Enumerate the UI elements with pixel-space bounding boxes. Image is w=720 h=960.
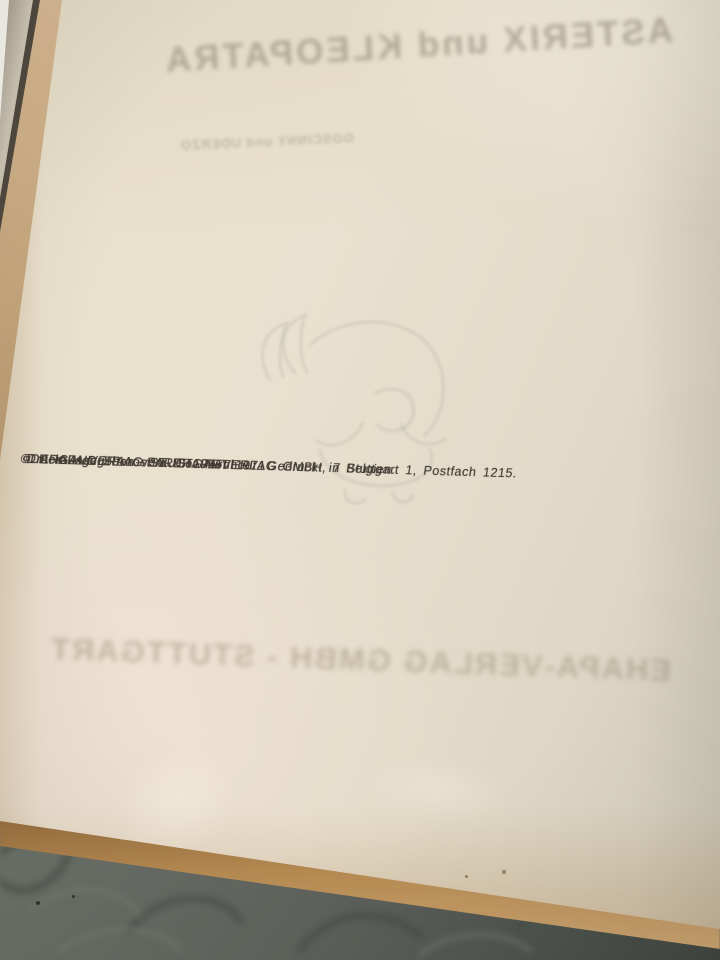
scuff-mark: [362, 751, 508, 825]
showthrough-title-text: ASTERIX und KLEOPATRA: [123, 9, 712, 84]
table-speck: [36, 901, 40, 905]
showthrough-drawing: [225, 285, 485, 520]
paper-speck: [465, 875, 468, 878]
book-page: ASTERIX und KLEOPATRA GOSCINNY und UDERZ…: [0, 0, 720, 960]
table-speck: [72, 895, 75, 898]
book-photo: ASTERIX und KLEOPATRA GOSCINNY und UDERZ…: [0, 0, 720, 960]
showthrough-publisher-text: EHAPA-VERLAG GMBH - STUTTGART: [10, 630, 711, 690]
paper-speck: [502, 870, 506, 874]
showthrough-subtitle-text: GOSCINNY und UDERZO: [172, 130, 362, 153]
